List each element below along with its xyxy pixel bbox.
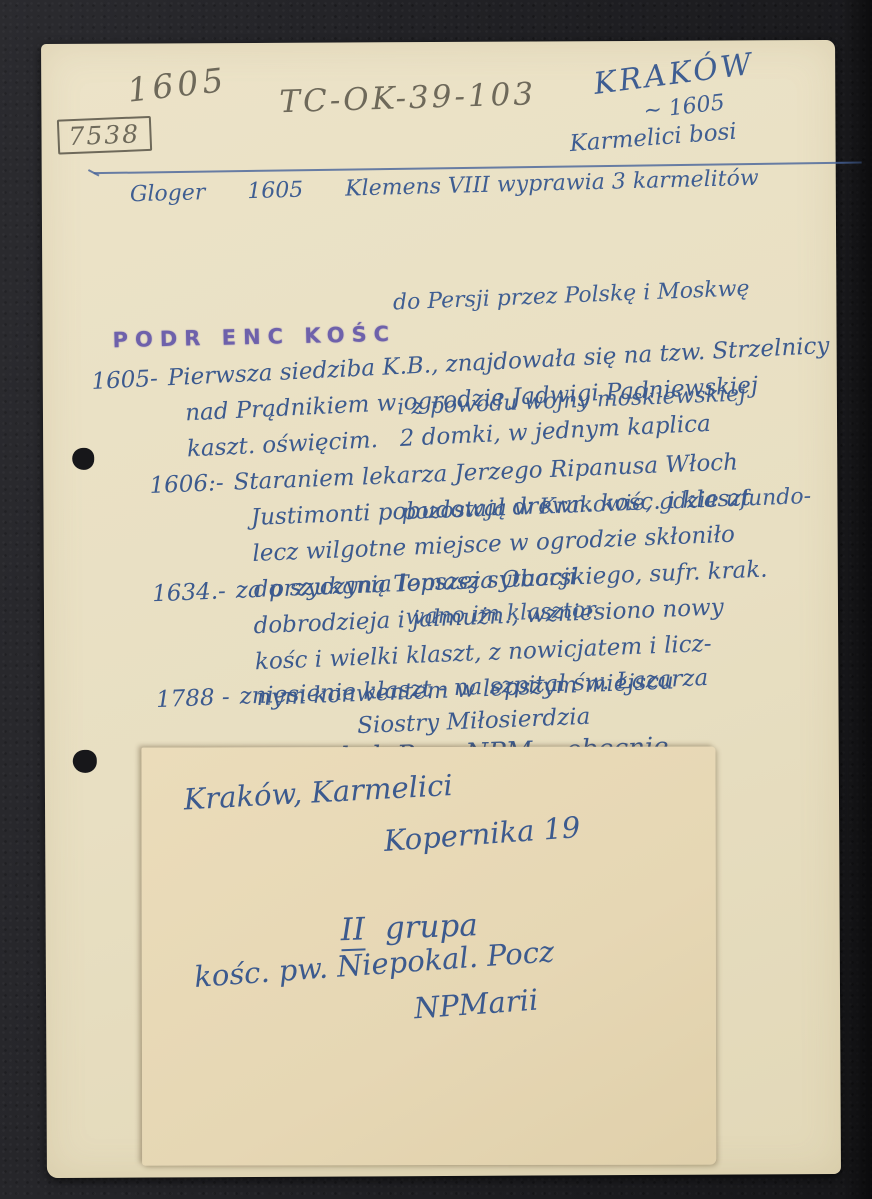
punch-hole-top xyxy=(72,448,94,470)
attached-slip: Kraków, Karmelici Kopernika 19 II grupa … xyxy=(141,747,716,1166)
scan-shadow-right xyxy=(842,0,872,1199)
entry-1605-year: 1605- xyxy=(91,361,159,400)
slip-group-roman: II xyxy=(340,911,366,951)
slip-line-city: Kraków, Karmelici xyxy=(183,768,454,817)
catalog-number: TC-OK-39-103 xyxy=(279,76,537,120)
entry-1606-year: 1606:- xyxy=(149,465,224,504)
entry-1788-year: 1788 - xyxy=(155,680,230,717)
document-sheet: 1605 TC-OK-39-103 7538 KRAKÓW ~ 1605 Kar… xyxy=(41,40,841,1178)
header-city: KRAKÓW xyxy=(592,47,757,102)
slip-line-street: Kopernika 19 xyxy=(383,810,582,858)
boxed-inventory-number: 7538 xyxy=(57,116,152,155)
punch-hole-bottom xyxy=(73,750,97,773)
slip-group-spacer xyxy=(364,911,385,948)
header-order: Karmelici bosi xyxy=(569,119,738,157)
slip-line-npmarii: NPMarii xyxy=(413,983,539,1026)
scan-background: 1605 TC-OK-39-103 7538 KRAKÓW ~ 1605 Kar… xyxy=(0,0,872,1199)
library-stamp: PODR ENC KOŚC xyxy=(112,322,396,352)
header-year: ~ 1605 xyxy=(642,90,726,124)
intro-line-2: do Persji przez Polskę i Moskwę xyxy=(392,269,803,320)
entry-1634-year: 1634.- xyxy=(151,573,226,612)
pencil-year-annotation: 1605 xyxy=(125,60,229,110)
